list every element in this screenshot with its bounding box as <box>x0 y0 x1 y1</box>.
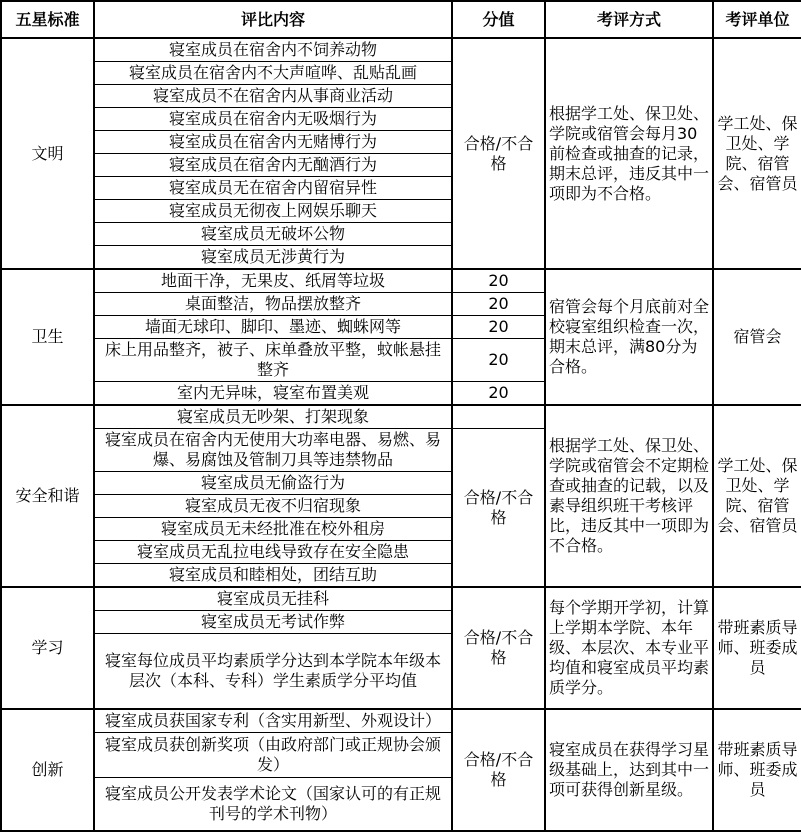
unit-cell: 宿管会 <box>713 269 801 405</box>
method-cell: 根据学工处、保卫处、学院或宿管会不定期检查或抽查的记载，以及素导组织班干考核评比… <box>545 405 713 587</box>
header-row: 五星标准 评比内容 分值 考评方式 考评单位 <box>1 1 801 38</box>
unit-cell: 学工处、保卫处、学院、宿管会、宿管员 <box>713 405 801 587</box>
content-cell: 寝室成员无考试作弊 <box>94 611 452 634</box>
score-cell-merged: 合格/不合格 <box>452 587 545 709</box>
header-evaluation-unit: 考评单位 <box>713 1 801 38</box>
table-row: 创新寝室成员获国家专利（含实用新型、外观设计）合格/不合格寝室成员在获得学习星级… <box>1 709 801 733</box>
score-cell: 20 <box>452 339 545 382</box>
header-score-value: 分值 <box>452 1 545 38</box>
unit-cell: 带班素质导师、班委成员 <box>713 709 801 831</box>
section-category: 学习 <box>1 587 94 709</box>
score-cell: 20 <box>452 269 545 293</box>
score-cell-merged: 合格/不合格 <box>452 429 545 588</box>
content-cell: 寝室成员无吵架、打架现象 <box>94 405 452 429</box>
content-cell: 墙面无球印、脚印、墨迹、蜘蛛网等 <box>94 316 452 339</box>
header-star-standard: 五星标准 <box>1 1 94 38</box>
content-cell: 寝室每位成员平均素质学分达到本学院本年级本层次（本科、专科）学生素质学分平均值 <box>94 634 452 710</box>
table-row: 安全和谐寝室成员无吵架、打架现象根据学工处、保卫处、学院或宿管会不定期检查或抽查… <box>1 405 801 429</box>
content-cell: 寝室成员在宿舍内无酗酒行为 <box>94 154 452 177</box>
content-cell: 寝室成员在宿舍内无赌博行为 <box>94 131 452 154</box>
content-cell: 寝室成员无彻夜上网娱乐聊天 <box>94 200 452 223</box>
method-cell: 每个学期开学初，计算上学期本学院、本年级、本层次、本专业平均值和寝室成员平均素质… <box>545 587 713 709</box>
section-category: 卫生 <box>1 269 94 405</box>
content-cell: 室内无异味，寝室布置美观 <box>94 382 452 406</box>
content-cell: 寝室成员无在宿舍内留宿异性 <box>94 177 452 200</box>
score-cell-merged: 合格/不合格 <box>452 709 545 831</box>
content-cell: 寝室成员公开发表学术论文（国家认可的有正规刊号的学术刊物） <box>94 778 452 832</box>
method-cell: 根据学工处、保卫处、学院或宿管会每月30前检查或抽查的记录，期末总评，违反其中一… <box>545 38 713 269</box>
table-row: 卫生地面干净，无果皮、纸屑等垃圾20宿管会每个月底前对全校寝室组织检查一次，期末… <box>1 269 801 293</box>
unit-cell: 学工处、保卫处、学院、宿管会、宿管员 <box>713 38 801 269</box>
content-cell: 寝室成员无偷盗行为 <box>94 472 452 495</box>
method-cell: 寝室成员在获得学习星级基础上，达到其中一项可获得创新星级。 <box>545 709 713 831</box>
content-cell: 寝室成员无挂科 <box>94 587 452 611</box>
content-cell: 寝室成员在宿舍内无吸烟行为 <box>94 108 452 131</box>
content-cell: 寝室成员无涉黄行为 <box>94 246 452 270</box>
content-cell: 地面干净，无果皮、纸屑等垃圾 <box>94 269 452 293</box>
score-cell: 20 <box>452 293 545 316</box>
table-body: 文明寝室成员在宿舍内不饲养动物合格/不合格根据学工处、保卫处、学院或宿管会每月3… <box>1 38 801 831</box>
section-category: 创新 <box>1 709 94 831</box>
section-category: 安全和谐 <box>1 405 94 587</box>
score-cell: 20 <box>452 316 545 339</box>
content-cell: 寝室成员无破坏公物 <box>94 223 452 246</box>
content-cell: 寝室成员无夜不归宿现象 <box>94 495 452 518</box>
content-cell: 寝室成员无未经批准在校外租房 <box>94 518 452 541</box>
content-cell: 寝室成员获国家专利（含实用新型、外观设计） <box>94 709 452 733</box>
content-cell: 寝室成员无乱拉电线导致存在安全隐患 <box>94 541 452 564</box>
method-cell: 宿管会每个月底前对全校寝室组织检查一次，期末总评，满80分为合格。 <box>545 269 713 405</box>
header-evaluation-method: 考评方式 <box>545 1 713 38</box>
evaluation-table: 五星标准 评比内容 分值 考评方式 考评单位 文明寝室成员在宿舍内不饲养动物合格… <box>0 0 801 832</box>
header-evaluation-content: 评比内容 <box>94 1 452 38</box>
content-cell: 寝室成员在宿舍内不饲养动物 <box>94 38 452 62</box>
score-cell: 20 <box>452 382 545 406</box>
content-cell: 床上用品整齐，被子、床单叠放平整，蚊帐悬挂整齐 <box>94 339 452 382</box>
section-category: 文明 <box>1 38 94 269</box>
content-cell: 寝室成员不在宿舍内从事商业活动 <box>94 85 452 108</box>
unit-cell: 带班素质导师、班委成员 <box>713 587 801 709</box>
content-cell: 寝室成员在宿舍内不大声喧哗、乱贴乱画 <box>94 62 452 85</box>
content-cell: 桌面整洁，物品摆放整齐 <box>94 293 452 316</box>
content-cell: 寝室成员获创新奖项（由政府部门或正规协会颁发） <box>94 733 452 778</box>
content-cell: 寝室成员和睦相处，团结互助 <box>94 564 452 588</box>
score-cell-merged: 合格/不合格 <box>452 38 545 269</box>
content-cell: 寝室成员在宿舍内无使用大功率电器、易燃、易爆、易腐蚀及管制刀具等违禁物品 <box>94 429 452 472</box>
table-row: 学习寝室成员无挂科合格/不合格每个学期开学初，计算上学期本学院、本年级、本层次、… <box>1 587 801 611</box>
score-cell-empty <box>452 405 545 429</box>
table-row: 文明寝室成员在宿舍内不饲养动物合格/不合格根据学工处、保卫处、学院或宿管会每月3… <box>1 38 801 62</box>
